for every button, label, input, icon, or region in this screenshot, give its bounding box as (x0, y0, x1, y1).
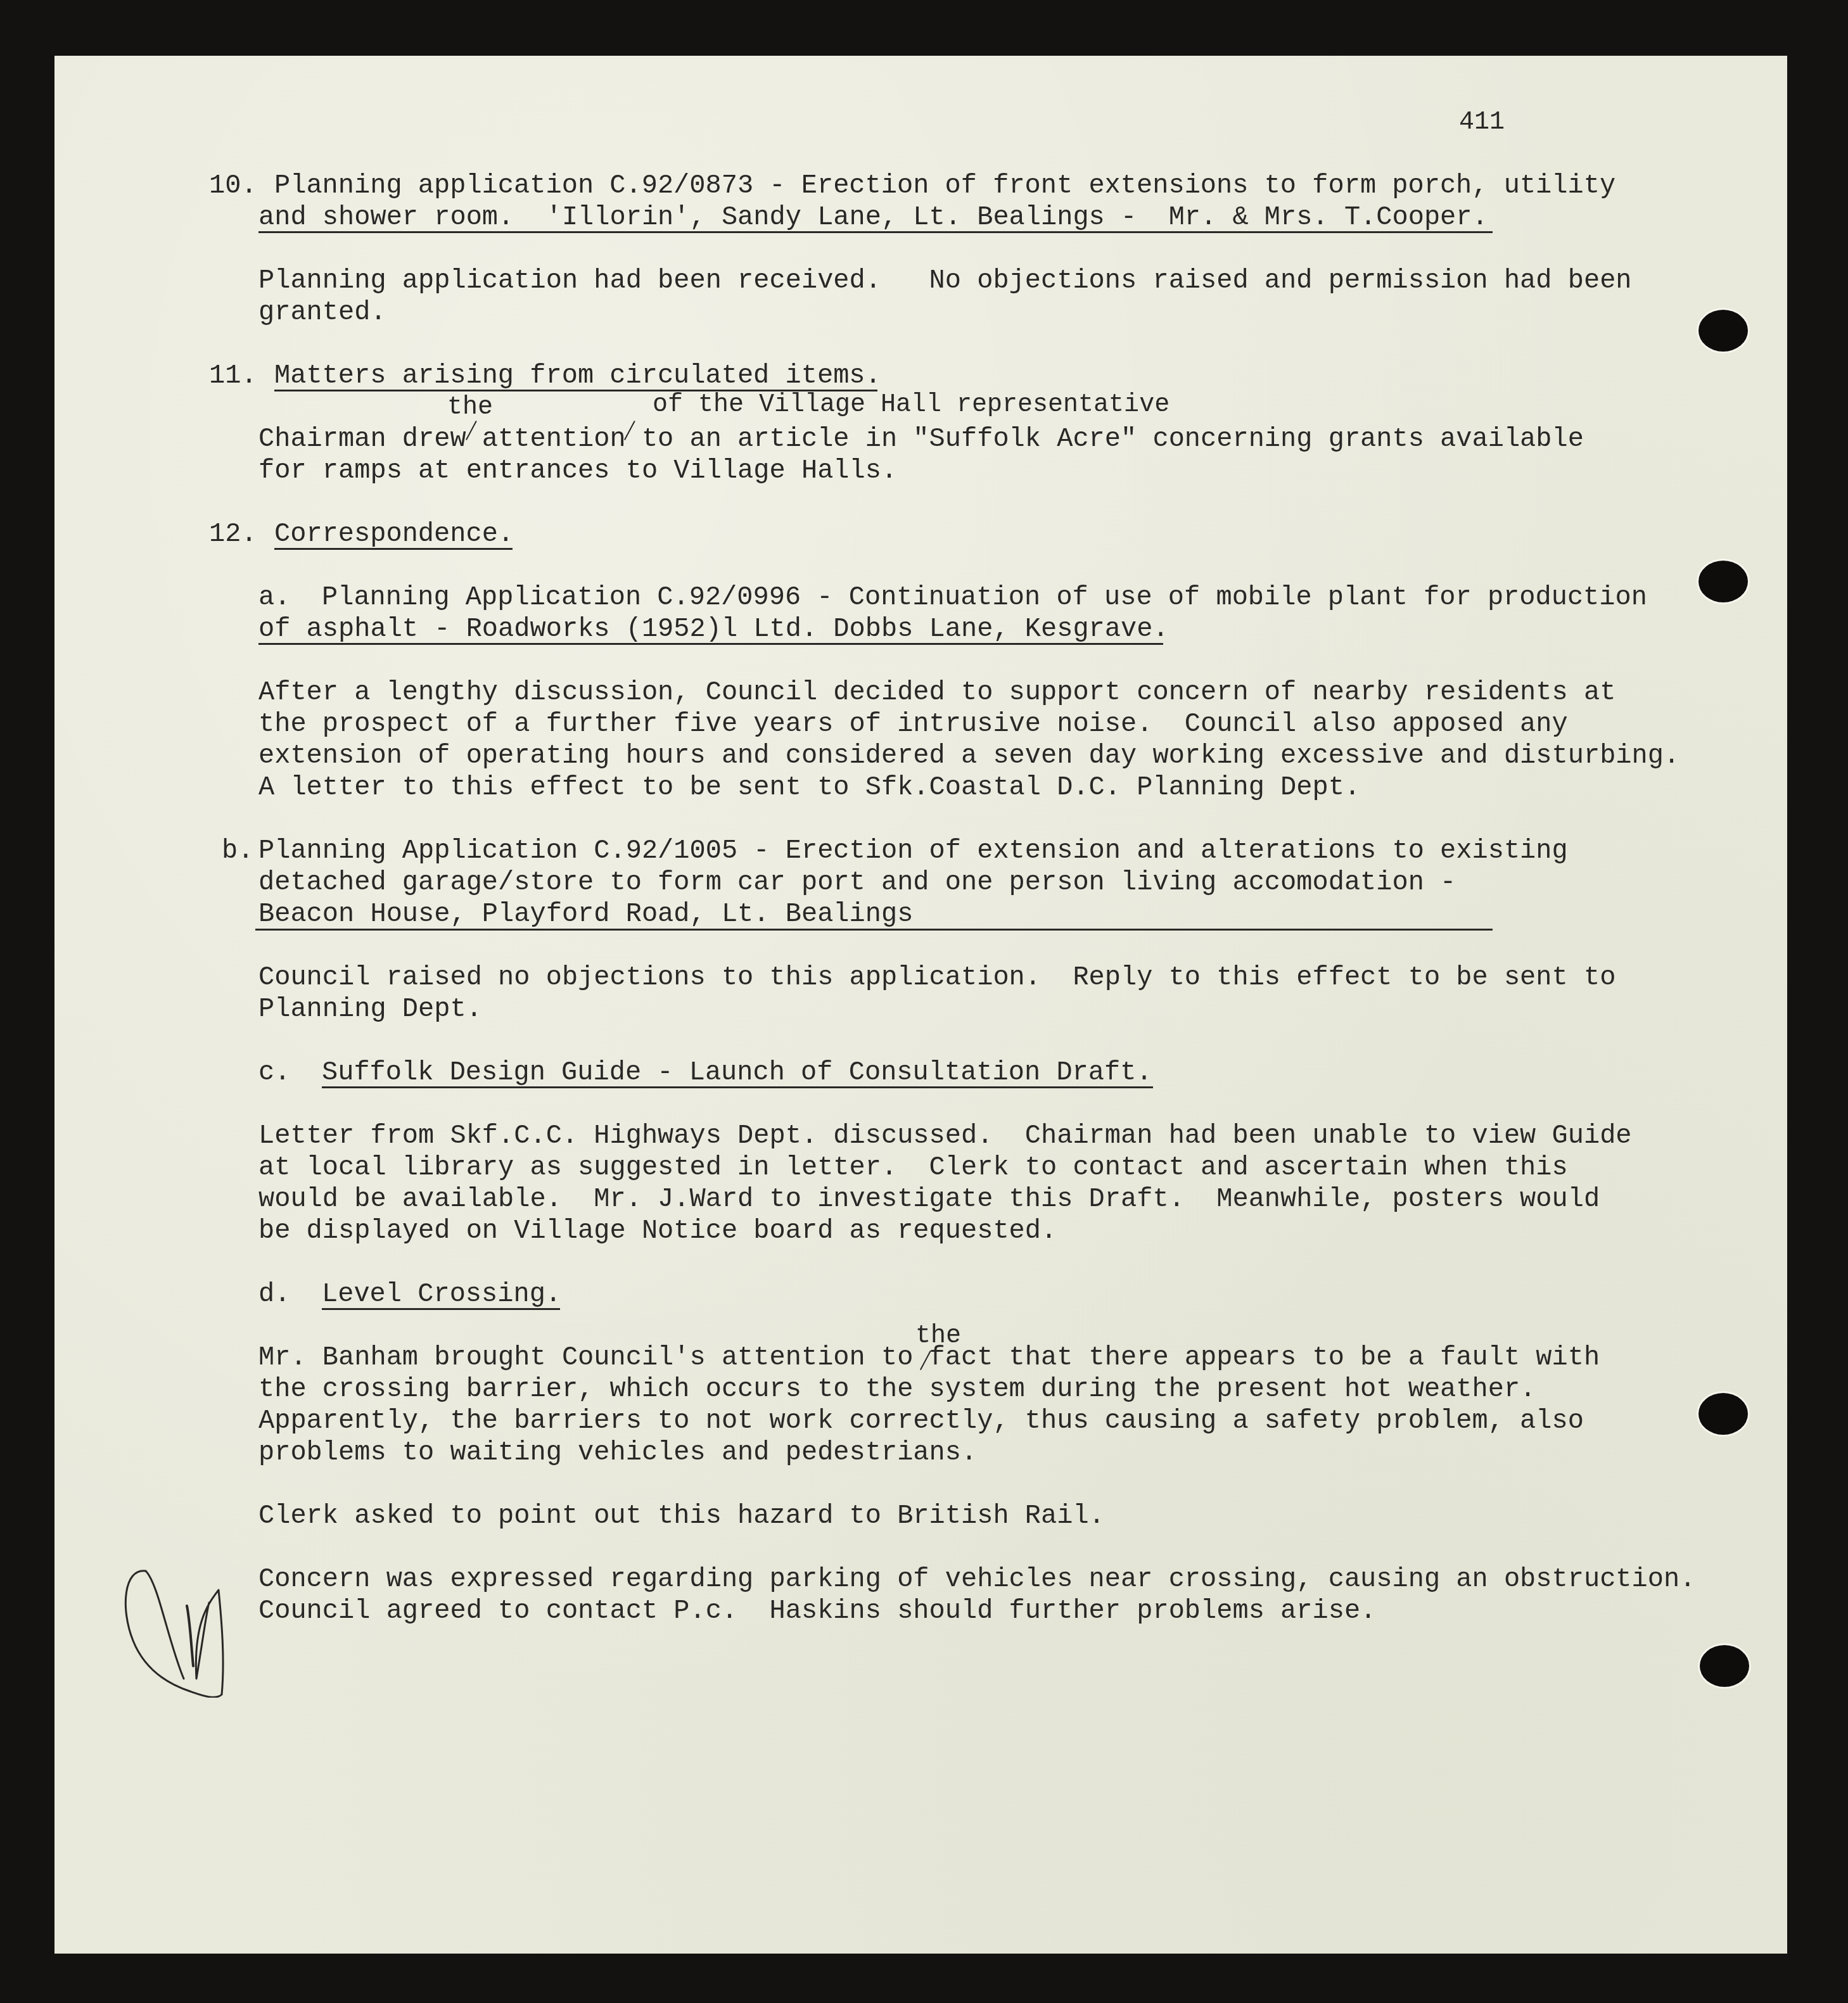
item12b-body-line1: Council raised no objections to this app… (258, 962, 1615, 993)
handwritten-initials-icon (120, 1565, 234, 1698)
item12d-concern-line2: Council agreed to contact P.c. Haskins s… (258, 1595, 1376, 1627)
item12d-concern-line1: Concern was expressed regarding parking … (258, 1563, 1695, 1595)
item12b-underline (255, 929, 1493, 931)
item12a-body-line2: the prospect of a further five years of … (258, 708, 1568, 740)
item12c-heading: Suffolk Design Guide - Launch of Consult… (322, 1057, 1152, 1088)
item12a-body-line3: extension of operating hours and conside… (258, 740, 1679, 772)
item12c-body-line1: Letter from Skf.C.C. Highways Dept. disc… (258, 1120, 1632, 1152)
item12b-letter: b. (222, 835, 253, 867)
item12a-body-line1: After a lengthy discussion, Council deci… (258, 677, 1615, 708)
item12d-body-line3: Apparently, the barriers to not work cor… (258, 1405, 1584, 1437)
item12d-body-line2: the crossing barrier, which occurs to th… (258, 1373, 1536, 1405)
item11-number: 11. (209, 360, 257, 391)
punch-hole (1700, 1645, 1749, 1687)
item10-number: 10. (209, 170, 257, 201)
item12a-letter: a. (258, 582, 290, 613)
item12d-letter: d. (258, 1278, 290, 1310)
item12a-underline (258, 643, 1163, 645)
item12c-body-line4: be displayed on Village Notice board as … (258, 1215, 1057, 1247)
item12d-body-line1: Mr. Banham brought Council's attention t… (258, 1342, 1600, 1373)
punch-hole (1698, 561, 1748, 602)
item10-body-line2: granted. (258, 296, 386, 328)
item12b-heading-line3: Beacon House, Playford Road, Lt. Bealing… (258, 898, 913, 930)
item12a-body-line4: A letter to this effect to be sent to Sf… (258, 772, 1360, 803)
item11-insert-the: the (447, 394, 493, 422)
punch-hole (1698, 1393, 1748, 1435)
item12a-heading-line2: of asphalt - Roadworks (1952)l Ltd. Dobb… (258, 613, 1169, 645)
item11-body-line2: for ramps at entrances to Village Halls. (258, 455, 897, 486)
item12c-body-line3: would be available. Mr. J.Ward to invest… (258, 1183, 1600, 1215)
item12d-clerk-line: Clerk asked to point out this hazard to … (258, 1500, 1105, 1532)
item12b-heading-line1: Planning Application C.92/1005 - Erectio… (258, 835, 1568, 867)
item12d-heading: Level Crossing. (322, 1278, 561, 1310)
item11-insert-village-hall: of the Village Hall representative (653, 391, 1169, 419)
item12b-heading-line2: detached garage/store to form car port a… (258, 867, 1456, 898)
item12d-body-line4: problems to waiting vehicles and pedestr… (258, 1437, 977, 1468)
item10-heading-line1: Planning application C.92/0873 - Erectio… (274, 170, 1615, 201)
item12d-underline (322, 1308, 560, 1310)
item12c-underline (322, 1086, 1153, 1088)
item11-heading: Matters arising from circulated items. (274, 360, 881, 391)
item12b-body-line2: Planning Dept. (258, 993, 482, 1025)
item12-heading: Correspondence. (274, 518, 514, 550)
item12-underline (274, 548, 513, 550)
item12a-heading-line1: Planning Application C.92/0996 - Continu… (322, 582, 1647, 613)
item12c-letter: c. (258, 1057, 290, 1088)
item10-body-line1: Planning application had been received. … (258, 265, 1632, 296)
item12c-body-line2: at local library as suggested in letter.… (258, 1152, 1568, 1183)
item10-underline (258, 231, 1493, 233)
item11-body-line1: Chairman drew attention to an article in… (258, 423, 1584, 455)
item10-heading-line2: and shower room. 'Illorin', Sandy Lane, … (258, 201, 1488, 233)
punch-hole (1698, 310, 1748, 352)
page-number: 411 (1459, 109, 1505, 137)
item12-number: 12. (209, 518, 257, 550)
